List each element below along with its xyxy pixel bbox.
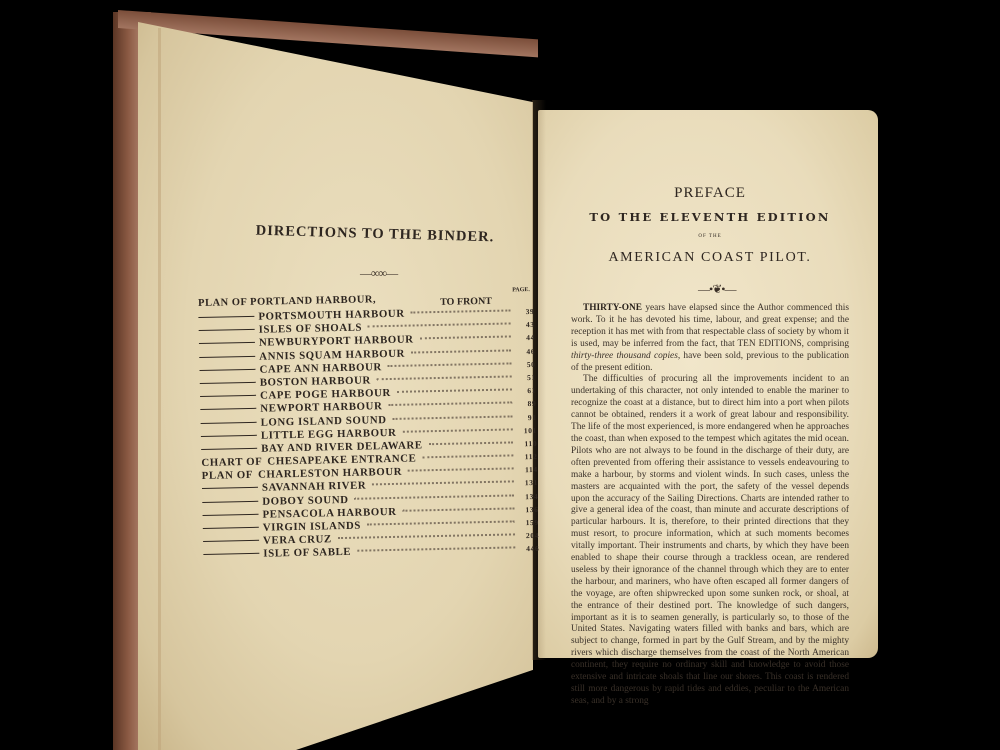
dot-leader — [368, 323, 511, 328]
preface-paragraph-1: THIRTY-ONE years have elapsed since the … — [571, 303, 849, 374]
dot-leader — [422, 454, 513, 458]
entry-name: PENSACOLA HARBOUR — [262, 506, 396, 521]
entry-page-number: 39 — [516, 307, 534, 316]
ditto-rule — [203, 540, 259, 542]
preface-paragraph-2: The difficulties of procuring all the im… — [571, 374, 849, 707]
entry-page-number: 204 — [521, 531, 539, 540]
dot-leader — [397, 389, 512, 393]
entry-name: BOSTON HARBOUR — [260, 374, 371, 388]
entry-page-number: 114 — [520, 465, 538, 474]
dot-leader — [355, 494, 515, 499]
entry-page-number: 110 — [519, 439, 537, 448]
entry-page-number: 61 — [518, 386, 536, 395]
ditto-rule — [201, 421, 257, 423]
entry-page-number: 50 — [517, 360, 535, 369]
dot-leader — [338, 534, 515, 540]
ditto-rule — [201, 434, 257, 436]
entry-page-number: 89 — [518, 399, 536, 408]
entry-name: VIRGIN ISLANDS — [263, 520, 361, 534]
dot-leader — [393, 415, 513, 420]
dot-leader — [367, 520, 515, 525]
ditto-rule — [203, 514, 259, 516]
dot-leader — [377, 375, 512, 380]
entry-name: NEWPORT HARBOUR — [260, 400, 382, 415]
entry-name: CAPE ANN HARBOUR — [259, 361, 382, 376]
dot-leader — [420, 336, 511, 340]
ditto-rule — [200, 408, 256, 410]
entry-page-number: 112 — [519, 452, 537, 461]
dot-leader — [402, 428, 512, 432]
entry-name: SAVANNAH RIVER — [262, 480, 367, 494]
preface-of-the: OF THE — [540, 234, 880, 239]
entry-page-number: 44 — [517, 333, 535, 342]
entry-page-number: 51 — [518, 373, 536, 382]
entry-name: VERA CRUZ — [263, 533, 332, 546]
portland-harbour-entry: PLAN OF PORTLAND HARBOUR, — [198, 294, 376, 309]
entry-page-number: 159 — [521, 518, 539, 527]
entry-page-number: 91 — [518, 412, 536, 421]
ditto-rule — [200, 369, 256, 371]
ditto-rule — [199, 355, 255, 357]
dot-leader — [408, 468, 514, 472]
ditto-rule — [202, 500, 258, 502]
entry-name: CAPE POGE HARBOUR — [260, 387, 391, 402]
page-column-label: PAGE. — [512, 287, 530, 293]
binder-entries: PORTSMOUTH HARBOUR39ISLES OF SHOALS43NEW… — [198, 305, 539, 563]
entry-page-number: 101 — [519, 426, 537, 435]
entry-prefix: PLAN OF — [202, 469, 254, 482]
entry-page-number: 136 — [520, 505, 538, 514]
ditto-rule — [202, 487, 258, 489]
entry-page-number: 134 — [520, 492, 538, 501]
dot-leader — [411, 309, 511, 313]
ditto-rule — [203, 553, 259, 555]
entry-name: ISLES OF SHOALS — [259, 322, 363, 336]
entry-page-number: 446 — [521, 544, 539, 553]
entry-name: ISLE OF SABLE — [263, 546, 351, 560]
dot-leader — [403, 507, 515, 511]
ditto-rule — [201, 448, 257, 450]
ditto-rule — [200, 395, 256, 397]
dot-leader — [372, 481, 514, 486]
preface-subtitle: TO THE ELEVENTH EDITION — [540, 210, 880, 224]
left-page-fold-line — [158, 28, 161, 750]
ornament-divider-icon: —•❦•— — [698, 282, 735, 297]
dot-leader — [411, 349, 511, 353]
dot-leader — [388, 362, 512, 367]
book-title: AMERICAN COAST PILOT. — [540, 250, 880, 266]
ditto-rule — [199, 329, 255, 331]
entry-name: LONG ISLAND SOUND — [260, 414, 386, 429]
entry-prefix: CHART OF — [201, 456, 262, 469]
ditto-rule — [199, 342, 255, 344]
ditto-rule — [203, 527, 259, 529]
dot-leader — [357, 547, 515, 552]
ditto-rule — [198, 316, 254, 318]
preface-title: PREFACE — [540, 185, 880, 202]
dot-leader — [388, 402, 512, 407]
entry-page-number: 43 — [517, 320, 535, 329]
entry-page-number: 46 — [517, 347, 535, 356]
paragraph-lead-word: THIRTY-ONE — [583, 303, 642, 313]
entry-page-number: 131 — [520, 478, 538, 487]
preface-body: THIRTY-ONE years have elapsed since the … — [571, 303, 849, 708]
to-front-label: TO FRONT — [440, 296, 492, 308]
entry-name: DOBOY SOUND — [262, 494, 349, 508]
dot-leader — [429, 441, 514, 445]
ditto-rule — [200, 382, 256, 384]
ornament-divider-icon: —∞∞— — [360, 266, 397, 281]
binder-plate-list: PLAN OF PORTLAND HARBOUR, TO FRONT PAGE.… — [198, 291, 539, 563]
